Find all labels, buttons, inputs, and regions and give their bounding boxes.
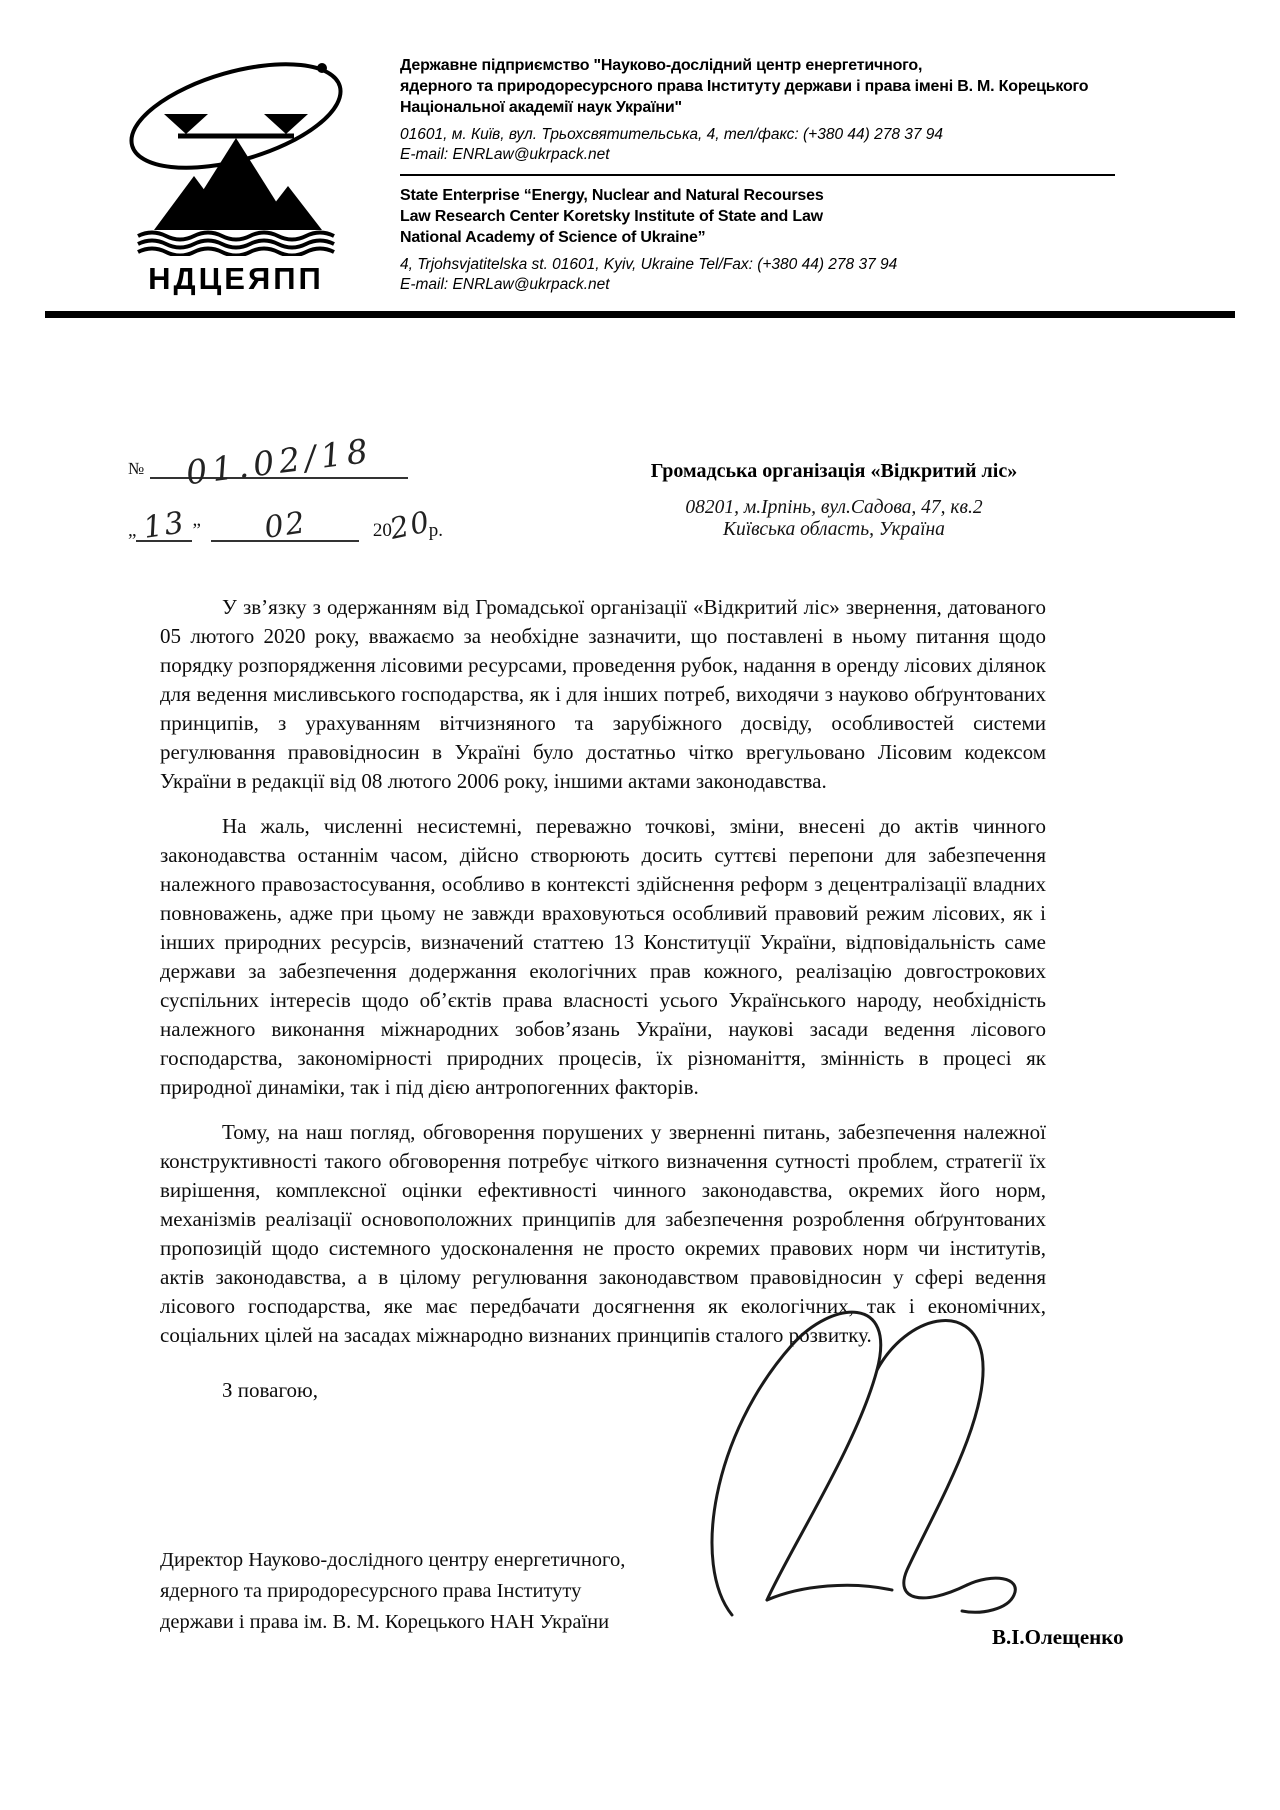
org-email-ua: E-mail: ENRLaw@ukrpack.net xyxy=(400,145,1115,165)
letterhead: Державне підприємство "Науково-дослідний… xyxy=(400,55,1115,295)
org-address-en: 4, Trjohsvjatitelska st. 01601, Kyiv, Uk… xyxy=(400,255,1115,275)
date-month-field: 02 xyxy=(211,505,359,542)
org-logo: НДЦЕЯПП xyxy=(116,44,356,297)
number-field: 01.02/18 xyxy=(150,438,408,479)
letter-body: У зв’язку з одержанням від Громадської о… xyxy=(160,593,1046,1405)
recipient-address-line1: 08201, м.Ірпінь, вул.Садова, 47, кв.2 xyxy=(618,497,1050,519)
body-paragraph-1: У зв’язку з одержанням від Громадської о… xyxy=(160,593,1046,796)
logo-abbreviation: НДЦЕЯПП xyxy=(116,261,356,297)
number-label: № xyxy=(128,459,144,479)
logo-emblem-icon xyxy=(116,44,356,256)
date-month-handwritten: 02 xyxy=(262,505,309,546)
number-handwritten: 01.02/18 xyxy=(184,431,375,493)
signer-name: В.І.Олещенко xyxy=(992,1625,1124,1650)
recipient-name: Громадська організація «Відкритий ліс» xyxy=(618,460,1050,483)
reference-number-line: № 01.02/18 xyxy=(128,438,408,479)
date-quote-open: „ xyxy=(128,520,136,542)
org-email-en: E-mail: ENRLaw@ukrpack.net xyxy=(400,275,1115,295)
letterhead-divider xyxy=(400,174,1115,176)
letter-page: НДЦЕЯПП Державне підприємство "Науково-д… xyxy=(0,0,1280,1810)
recipient-block: Громадська організація «Відкритий ліс» 0… xyxy=(618,460,1050,541)
recipient-address-line2: Київська область, Україна xyxy=(618,519,1050,541)
org-name-en: State Enterprise “Energy, Nuclear and Na… xyxy=(400,185,1115,248)
org-address-ua: 01601, м. Київ, вул. Трьохсвятительська,… xyxy=(400,125,1115,145)
signer-title: Директор Науково-дослідного центру енерг… xyxy=(160,1545,740,1638)
date-day-handwritten: 13 xyxy=(142,505,189,546)
date-quote-close: ” xyxy=(192,520,200,542)
date-year-handwritten: 20 xyxy=(387,504,434,546)
letterhead-rule xyxy=(45,311,1235,318)
date-day-field: 13 xyxy=(136,505,192,542)
org-name-ua: Державне підприємство "Науково-дослідний… xyxy=(400,55,1115,118)
body-paragraph-2: На жаль, численні несистемні, переважно … xyxy=(160,812,1046,1102)
reference-date-line: „ 13 ” 02 20 20 р. xyxy=(128,505,443,542)
